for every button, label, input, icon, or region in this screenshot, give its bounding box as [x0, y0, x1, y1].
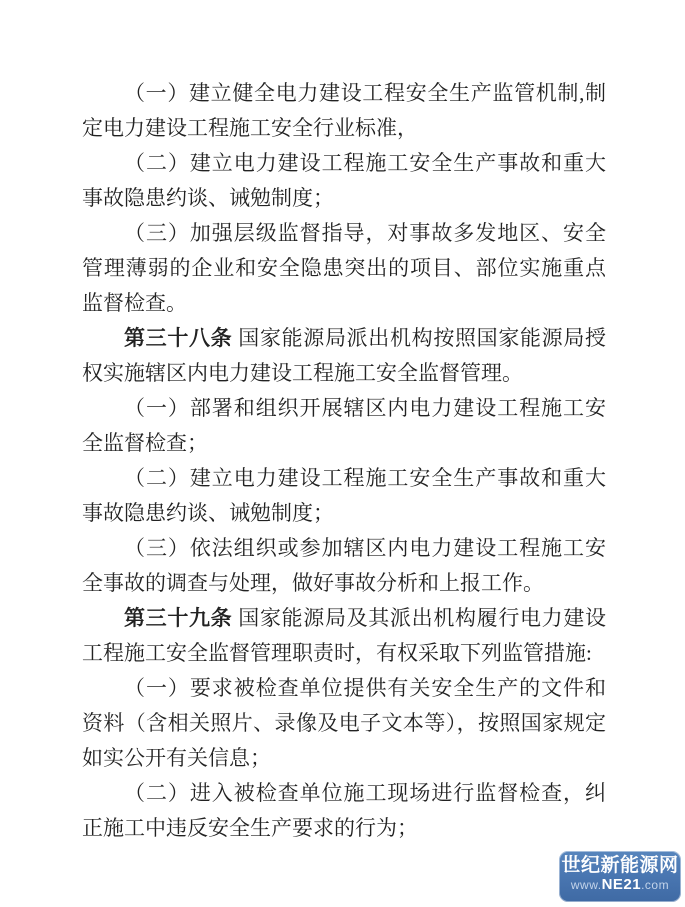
- watermark-url-name: NE21: [602, 876, 642, 893]
- watermark-url: www.NE21.com: [559, 877, 681, 893]
- paragraph: 第三十九条 国家能源局及其派出机构履行电力建设工程施工安全监督管理职责时，有权采…: [82, 601, 606, 671]
- paragraph: （三）依法组织或参加辖区内电力建设工程施工安全事故的调查与处理，做好事故分析和上…: [82, 531, 606, 601]
- paragraph: （三）加强层级监督指导，对事故多发地区、安全管理薄弱的企业和安全隐患突出的项目、…: [82, 216, 606, 321]
- paragraph: （二）建立电力建设工程施工安全生产事故和重大事故隐患约谈、诫勉制度；: [82, 146, 606, 216]
- paragraph: 第三十八条 国家能源局派出机构按照国家能源局授权实施辖区内电力建设工程施工安全监…: [82, 321, 606, 391]
- article-number: 第三十八条: [124, 326, 232, 350]
- paragraph-text: （二）建立电力建设工程施工安全生产事故和重大事故隐患约谈、诫勉制度；: [82, 151, 606, 210]
- watermark-url-suffix: .com: [641, 878, 669, 892]
- paragraph: （一）建立健全电力建设工程安全生产监管机制,制定电力建设工程施工安全行业标准，: [82, 76, 606, 146]
- paragraph-text: （二）进入被检查单位施工现场进行监督检查，纠正施工中违反安全生产要求的行为；: [82, 781, 606, 840]
- document-body: （一）建立健全电力建设工程安全生产监管机制,制定电力建设工程施工安全行业标准， …: [82, 76, 606, 846]
- paragraph-text: （一）要求被检查单位提供有关安全生产的文件和资料（含相关照片、录像及电子文本等）…: [82, 676, 606, 770]
- paragraph: （一）要求被检查单位提供有关安全生产的文件和资料（含相关照片、录像及电子文本等）…: [82, 671, 606, 776]
- paragraph: （一）部署和组织开展辖区内电力建设工程施工安全监督检查；: [82, 391, 606, 461]
- paragraph-text: （三）加强层级监督指导，对事故多发地区、安全管理薄弱的企业和安全隐患突出的项目、…: [82, 221, 606, 315]
- watermark-site-name: 世纪新能源网: [559, 855, 681, 877]
- article-number: 第三十九条: [124, 606, 232, 630]
- paragraph: （二）进入被检查单位施工现场进行监督检查，纠正施工中违反安全生产要求的行为；: [82, 776, 606, 846]
- document-page: （一）建立健全电力建设工程安全生产监管机制,制定电力建设工程施工安全行业标准， …: [0, 0, 685, 907]
- paragraph-text: （一）建立健全电力建设工程安全生产监管机制,制定电力建设工程施工安全行业标准，: [82, 81, 606, 140]
- ne21-watermark-logo[interactable]: 世纪新能源网 www.NE21.com: [559, 851, 681, 902]
- watermark-url-prefix: www.: [571, 878, 602, 892]
- paragraph-text: （二）建立电力建设工程施工安全生产事故和重大事故隐患约谈、诫勉制度；: [82, 466, 606, 525]
- paragraph: （二）建立电力建设工程施工安全生产事故和重大事故隐患约谈、诫勉制度；: [82, 461, 606, 531]
- paragraph-text: （三）依法组织或参加辖区内电力建设工程施工安全事故的调查与处理，做好事故分析和上…: [82, 536, 606, 595]
- paragraph-text: （一）部署和组织开展辖区内电力建设工程施工安全监督检查；: [82, 396, 606, 455]
